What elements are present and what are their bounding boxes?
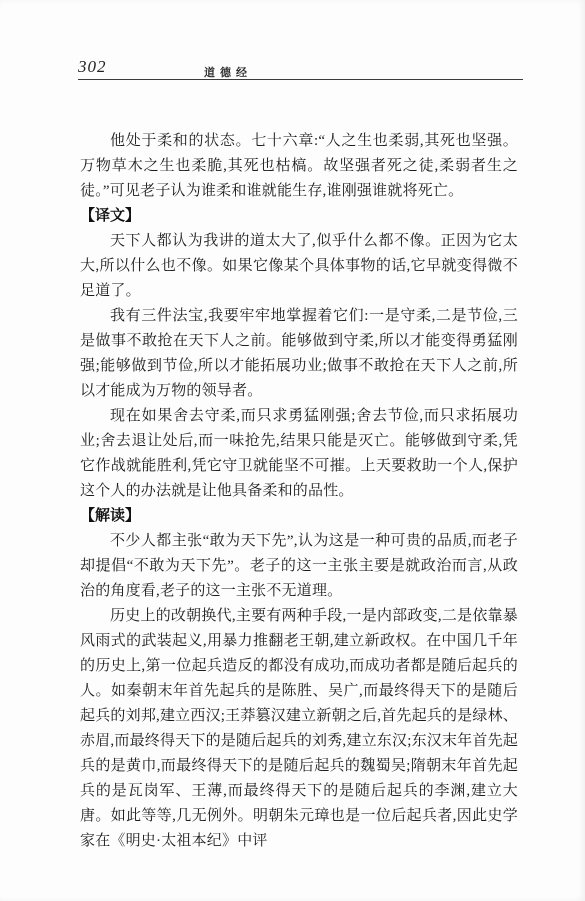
translation-paragraph-2: 我有三件法宝,我要牢牢地掌握着它们:一是守柔,二是节俭,三是做事不敢抢在天下人之… — [80, 304, 518, 404]
translation-paragraph-3: 现在如果舍去守柔,而只求勇猛刚强;舍去节俭,而只求拓展功业;舍去退让处后,而一味… — [80, 404, 518, 504]
paragraph-continuation: 他处于柔和的状态。七十六章:“人之生也柔弱,其死也坚强。万物草木之生也柔脆,其死… — [80, 129, 518, 204]
body-text: 他处于柔和的状态。七十六章:“人之生也柔弱,其死也坚强。万物草木之生也柔脆,其死… — [80, 129, 518, 854]
translation-paragraph-1: 天下人都认为我讲的道太大了,似乎什么都不像。正因为它太大,所以什么也不像。如果它… — [80, 229, 518, 304]
page-number: 302 — [78, 57, 107, 77]
interpretation-paragraph-1: 不少人都主张“敢为天下先”,认为这是一种可贵的品质,而老子却提倡“不敢为天下先”… — [80, 529, 518, 604]
section-heading-translation: 【译文】 — [80, 204, 518, 229]
interpretation-paragraph-2: 历史上的改朝换代,主要有两种手段,一是内部政变,二是依靠暴风雨式的武装起义,用暴… — [80, 604, 518, 854]
page-header: 302 道德经 — [78, 57, 523, 80]
running-head-title: 道德经 — [204, 64, 252, 80]
section-heading-interpretation: 【解读】 — [80, 504, 518, 529]
book-page: 302 道德经 他处于柔和的状态。七十六章:“人之生也柔弱,其死也坚强。万物草木… — [0, 0, 585, 901]
